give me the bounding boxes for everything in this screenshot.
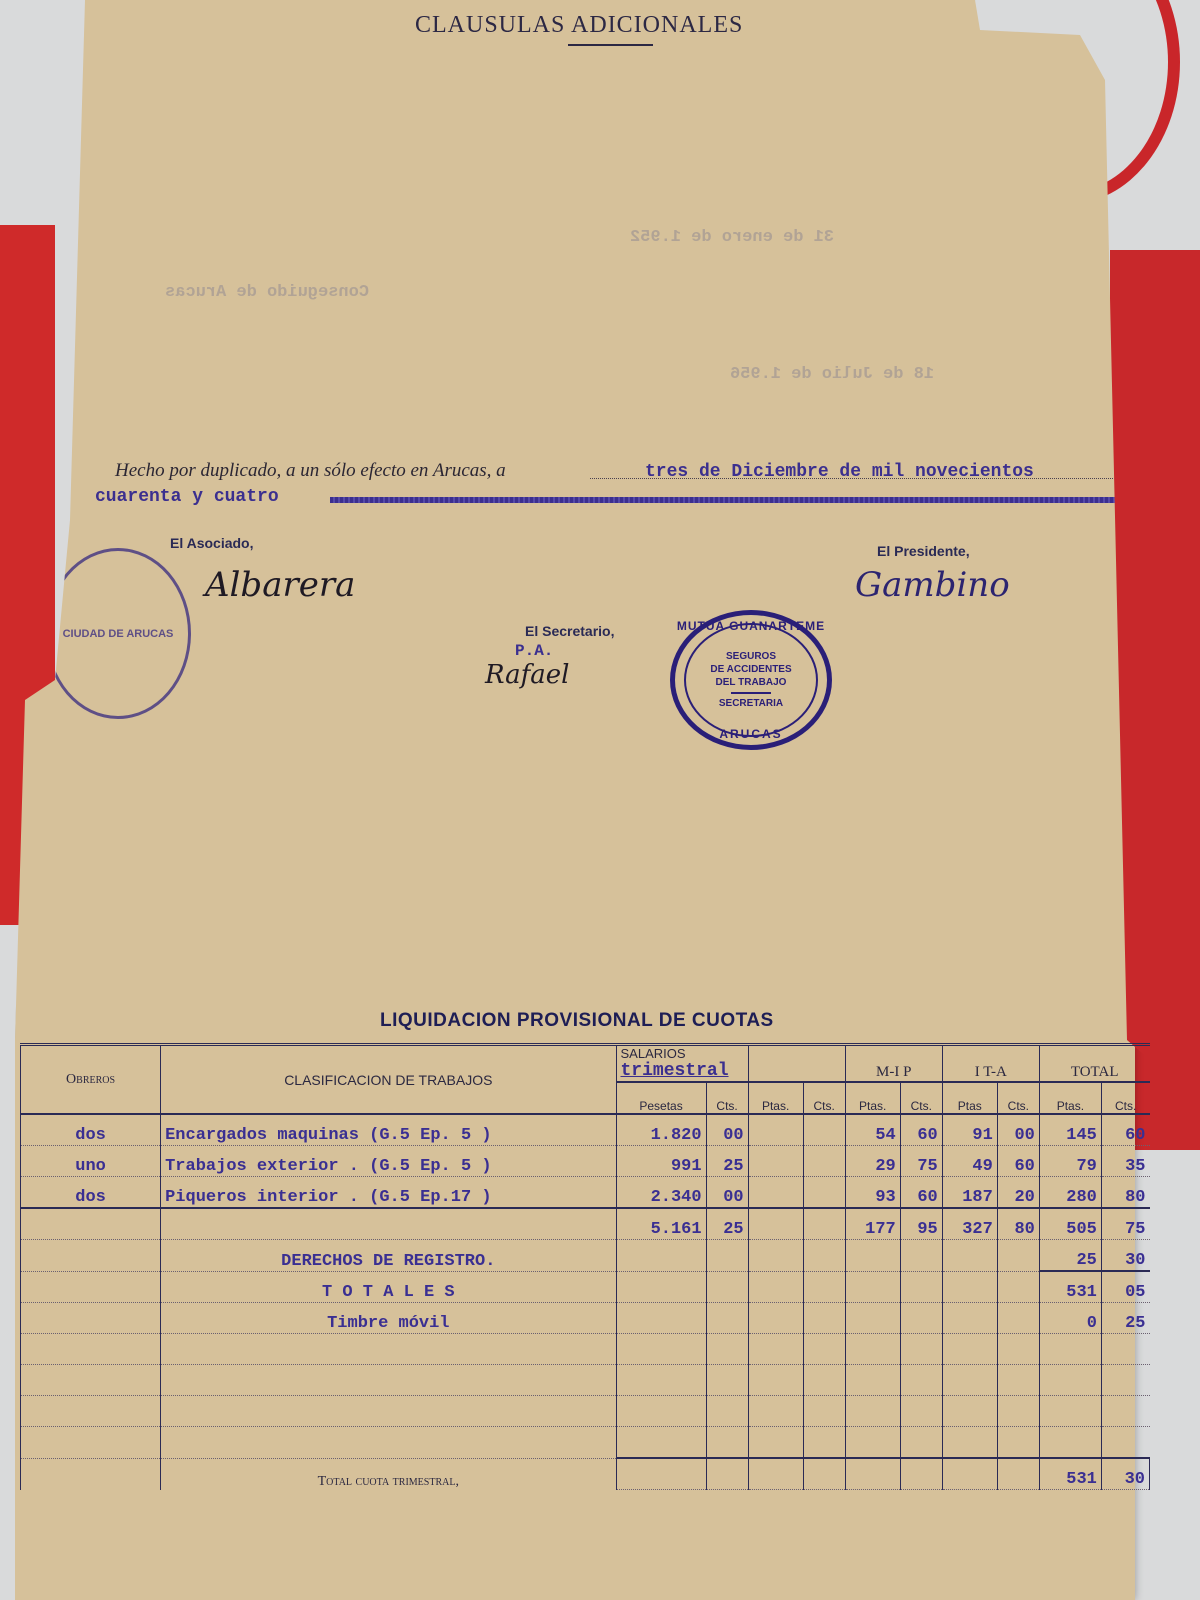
stamp-line: SECRETARIA bbox=[719, 697, 783, 710]
salario-ptas: 1.820 bbox=[616, 1114, 706, 1146]
subheader: Cts. bbox=[706, 1082, 748, 1114]
secretario-pa: P.A. bbox=[515, 642, 553, 660]
empty-row bbox=[21, 1334, 1150, 1365]
empty-row bbox=[21, 1365, 1150, 1396]
derechos-label: DERECHOS DE REGISTRO. bbox=[161, 1240, 616, 1272]
subtotal-total-ptas: 505 bbox=[1039, 1208, 1101, 1240]
total-cuota-label: Total cuota trimestral, bbox=[161, 1458, 616, 1490]
ita-ptas: 49 bbox=[942, 1146, 997, 1177]
salarios-typed: trimestral bbox=[621, 1061, 729, 1081]
ita-ptas: 91 bbox=[942, 1114, 997, 1146]
salario-ptas: 991 bbox=[616, 1146, 706, 1177]
table-row: dos Encargados maquinas (G.5 Ep. 5 ) 1.8… bbox=[21, 1114, 1150, 1146]
ita-ptas: 187 bbox=[942, 1177, 997, 1209]
stamp-ring-bottom-text: ARUCAS bbox=[675, 727, 827, 741]
mutua-guanarteme-stamp: MUTUA GUANARTEME SEGUROS DE ACCIDENTES D… bbox=[670, 610, 832, 750]
derechos-row: DERECHOS DE REGISTRO. 25 30 bbox=[21, 1240, 1150, 1272]
total-cts: 60 bbox=[1101, 1114, 1149, 1146]
table-row: uno Trabajos exterior . (G.5 Ep. 5 ) 991… bbox=[21, 1146, 1150, 1177]
clasificacion-cell: Piqueros interior . (G.5 Ep.17 ) bbox=[161, 1177, 616, 1209]
subheader: Ptas. bbox=[748, 1082, 803, 1114]
header-clasificacion: CLASIFICACION DE TRABAJOS bbox=[161, 1045, 616, 1115]
header-ita: I T-A bbox=[942, 1045, 1039, 1083]
derechos-cts: 30 bbox=[1101, 1240, 1149, 1272]
total-ptas: 145 bbox=[1039, 1114, 1101, 1146]
subtotal-ita-ptas: 327 bbox=[942, 1208, 997, 1240]
blank-cell bbox=[803, 1177, 845, 1209]
totales-cts: 05 bbox=[1101, 1271, 1149, 1303]
subheader: Ptas. bbox=[1039, 1082, 1101, 1114]
blank-cell bbox=[748, 1208, 803, 1240]
secretario-label: El Secretario, bbox=[525, 623, 615, 639]
subheader: Ptas bbox=[942, 1082, 997, 1114]
mip-ptas: 29 bbox=[845, 1146, 900, 1177]
salario-ptas: 2.340 bbox=[616, 1177, 706, 1209]
empty-row bbox=[21, 1427, 1150, 1459]
salario-cts: 00 bbox=[706, 1177, 748, 1209]
mip-cts: 75 bbox=[900, 1146, 942, 1177]
blank-cell bbox=[161, 1208, 616, 1240]
secretario-signature: Rafael bbox=[485, 660, 570, 690]
total-cts: 80 bbox=[1101, 1177, 1149, 1209]
subheader: Ptas. bbox=[845, 1082, 900, 1114]
blank-cell bbox=[21, 1208, 161, 1240]
timbre-label: Timbre móvil bbox=[161, 1303, 616, 1334]
blank-cell bbox=[803, 1208, 845, 1240]
blank-cell bbox=[803, 1114, 845, 1146]
stamp-line: DEL TRABAJO bbox=[716, 676, 787, 689]
typed-date-line1: tres de Diciembre de mil novecientos bbox=[645, 462, 1034, 482]
blank-cell bbox=[21, 1303, 161, 1334]
subheader: Cts. bbox=[997, 1082, 1039, 1114]
ciudad-stamp-text: CIUDAD DE ARUCAS bbox=[63, 628, 174, 640]
total-ptas: 280 bbox=[1039, 1177, 1101, 1209]
subtotal-total-cts: 75 bbox=[1101, 1208, 1149, 1240]
subtotal-mip-ptas: 177 bbox=[845, 1208, 900, 1240]
blank-cell bbox=[748, 1146, 803, 1177]
stamp-line: SEGUROS bbox=[726, 650, 776, 663]
presidente-label: El Presidente, bbox=[877, 543, 970, 559]
timbre-ptas: 0 bbox=[1039, 1303, 1101, 1334]
header-total: TOTAL bbox=[1039, 1045, 1149, 1083]
obreros-cell: dos bbox=[21, 1177, 161, 1209]
totales-label: T O T A L E S bbox=[161, 1271, 616, 1303]
obreros-cell: dos bbox=[21, 1114, 161, 1146]
total-cuota-row: Total cuota trimestral, 531 30 bbox=[21, 1458, 1150, 1490]
bleed-through-text: 18 de Julio de 1.956 bbox=[730, 365, 934, 384]
liquidacion-title: LIQUIDACION PROVISIONAL DE CUOTAS bbox=[380, 1010, 774, 1032]
asociado-signature: Albarera bbox=[205, 565, 355, 605]
blank-cell bbox=[748, 1177, 803, 1209]
cuotas-table: Obreros CLASIFICACION DE TRABAJOS SALARI… bbox=[20, 1043, 1150, 1490]
salarios-label: SALARIOS bbox=[621, 1046, 686, 1061]
asociado-label: El Asociado, bbox=[170, 535, 254, 551]
clasificacion-cell: Encargados maquinas (G.5 Ep. 5 ) bbox=[161, 1114, 616, 1146]
mip-ptas: 54 bbox=[845, 1114, 900, 1146]
salario-cts: 25 bbox=[706, 1146, 748, 1177]
subheader: Pesetas bbox=[616, 1082, 706, 1114]
blank-cell bbox=[748, 1114, 803, 1146]
subtotal-mip-cts: 95 bbox=[900, 1208, 942, 1240]
total-cuota-cts: 30 bbox=[1101, 1458, 1149, 1490]
mip-cts: 60 bbox=[900, 1177, 942, 1209]
mip-ptas: 93 bbox=[845, 1177, 900, 1209]
ita-cts: 60 bbox=[997, 1146, 1039, 1177]
header-row: Obreros CLASIFICACION DE TRABAJOS SALARI… bbox=[21, 1045, 1150, 1083]
totales-row: T O T A L E S 531 05 bbox=[21, 1271, 1150, 1303]
mip-cts: 60 bbox=[900, 1114, 942, 1146]
typed-date-line2: cuarenta y cuatro bbox=[95, 487, 279, 507]
header-blank bbox=[748, 1045, 845, 1083]
stamp-ring-top-text: MUTUA GUANARTEME bbox=[675, 619, 827, 633]
table-row: dos Piqueros interior . (G.5 Ep.17 ) 2.3… bbox=[21, 1177, 1150, 1209]
derechos-ptas: 25 bbox=[1039, 1240, 1101, 1272]
subtotal-salario-cts: 25 bbox=[706, 1208, 748, 1240]
subheader: Cts. bbox=[1101, 1082, 1149, 1114]
blank-cell bbox=[803, 1146, 845, 1177]
blank-cell bbox=[21, 1271, 161, 1303]
timbre-row: Timbre móvil 0 25 bbox=[21, 1303, 1150, 1334]
subtotal-row: 5.161 25 177 95 327 80 505 75 bbox=[21, 1208, 1150, 1240]
stamp-rule bbox=[731, 692, 771, 694]
header-salarios: SALARIOS trimestral bbox=[616, 1045, 748, 1083]
empty-row bbox=[21, 1396, 1150, 1427]
ita-cts: 00 bbox=[997, 1114, 1039, 1146]
totales-ptas: 531 bbox=[1039, 1271, 1101, 1303]
subtotal-ita-cts: 80 bbox=[997, 1208, 1039, 1240]
timbre-cts: 25 bbox=[1101, 1303, 1149, 1334]
total-ptas: 79 bbox=[1039, 1146, 1101, 1177]
date-fill-strike bbox=[330, 497, 1120, 503]
header-mip: M-I P bbox=[845, 1045, 942, 1083]
bleed-through-text: 31 de enero de 1.952 bbox=[630, 228, 834, 247]
document-title: CLAUSULAS ADICIONALES bbox=[415, 12, 743, 39]
subtotal-salario-ptas: 5.161 bbox=[616, 1208, 706, 1240]
obreros-cell: uno bbox=[21, 1146, 161, 1177]
salario-cts: 00 bbox=[706, 1114, 748, 1146]
stamp-line: DE ACCIDENTES bbox=[710, 663, 791, 676]
subheader: Cts. bbox=[803, 1082, 845, 1114]
title-underline bbox=[568, 44, 653, 46]
closing-statement: Hecho por duplicado, a un sólo efecto en… bbox=[115, 460, 506, 482]
total-cts: 35 bbox=[1101, 1146, 1149, 1177]
total-cuota-ptas: 531 bbox=[1039, 1458, 1101, 1490]
subheader: Cts. bbox=[900, 1082, 942, 1114]
presidente-signature: Gambino bbox=[855, 565, 1010, 605]
ciudad-arucas-stamp: CIUDAD DE ARUCAS bbox=[45, 548, 191, 719]
blank-cell bbox=[21, 1240, 161, 1272]
ita-cts: 20 bbox=[997, 1177, 1039, 1209]
bleed-through-text: Conseguido de Arucas bbox=[165, 283, 369, 302]
blank-cell bbox=[21, 1458, 161, 1490]
header-obreros: Obreros bbox=[21, 1045, 161, 1115]
clasificacion-cell: Trabajos exterior . (G.5 Ep. 5 ) bbox=[161, 1146, 616, 1177]
